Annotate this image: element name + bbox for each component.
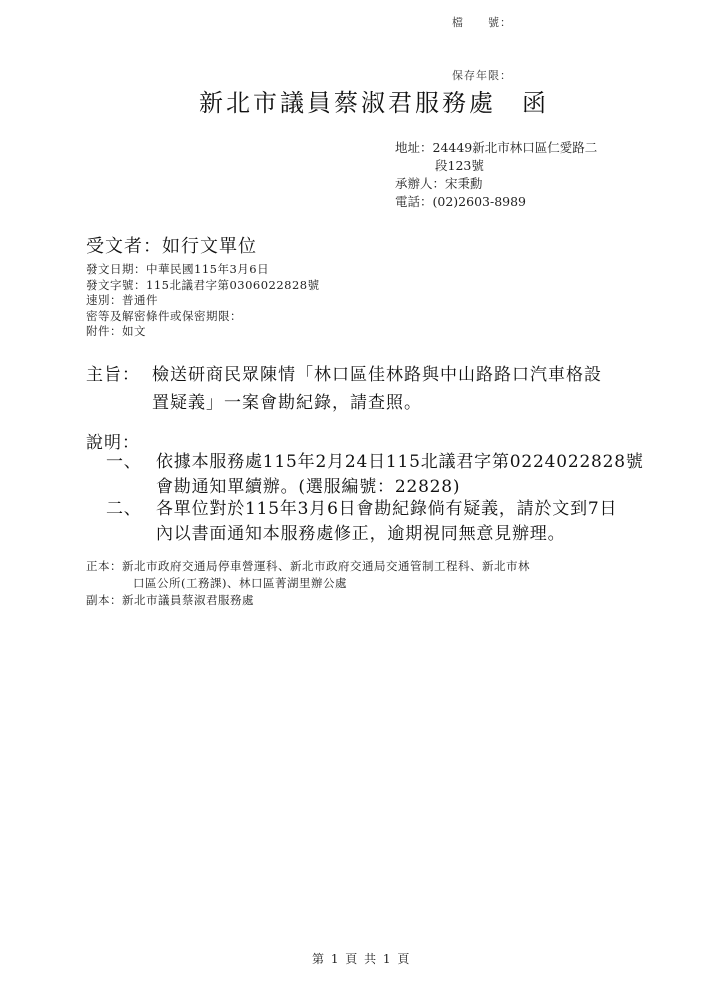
distribution: 正本：新北市政府交通局停車營運科、新北市政府交通局交通管制工程科、新北市林 口區… bbox=[86, 558, 530, 609]
contact-block: 地址：24449新北市林口區仁愛路二 段123號 承辦人：宋秉勳 電話：(02)… bbox=[395, 139, 597, 211]
handler: 承辦人：宋秉勳 bbox=[395, 175, 597, 193]
subject: 主旨：檢送研商民眾陳情「林口區佳林路與中山路路口汽車格設 置疑義」一案會勘紀錄，… bbox=[86, 361, 602, 417]
copy-recipients: 副本：新北市議員蔡淑君服務處 bbox=[86, 592, 530, 609]
item-number: 二、 bbox=[106, 497, 156, 522]
explanation-item-1: 一、依據本服務處115年2月24日115北議君字第0224022828號 會勘通… bbox=[106, 450, 644, 500]
delivery-type: 速別：普通件 bbox=[86, 293, 320, 309]
attachment: 附件：如文 bbox=[86, 324, 320, 340]
original-recipients-line-1: 正本：新北市政府交通局停車營運科、新北市政府交通局交通管制工程科、新北市林 bbox=[86, 558, 530, 575]
item-line-1: 各單位對於115年3月6日會勘紀錄倘有疑義，請於文到7日 bbox=[156, 499, 617, 519]
security-classification: 密等及解密條件或保密期限： bbox=[86, 309, 320, 325]
explanation-item-2: 二、各單位對於115年3月6日會勘紀錄倘有疑義，請於文到7日 內以書面通知本服務… bbox=[106, 497, 617, 547]
recipient: 受文者：如行文單位 bbox=[86, 232, 257, 258]
item-line-2: 內以書面通知本服務處修正，逾期視同無意見辦理。 bbox=[106, 522, 617, 547]
phone: 電話：(02)2603-8989 bbox=[395, 193, 597, 211]
item-line-1: 依據本服務處115年2月24日115北議君字第0224022828號 bbox=[156, 452, 644, 472]
document-number: 發文字號：115北議君字第0306022828號 bbox=[86, 278, 320, 294]
issue-date: 發文日期：中華民國115年3月6日 bbox=[86, 262, 320, 278]
address-line-1: 地址：24449新北市林口區仁愛路二 bbox=[395, 139, 597, 157]
original-recipients-line-2: 口區公所(工務課)、林口區菁湖里辦公處 bbox=[86, 575, 530, 592]
address-line-2: 段123號 bbox=[395, 157, 597, 175]
document-title: 新北市議員蔡淑君服務處函 bbox=[199, 83, 549, 118]
organization-name: 新北市議員蔡淑君服務處 bbox=[199, 89, 496, 117]
file-number-label: 檔 號： bbox=[452, 14, 512, 30]
subject-label: 主旨： bbox=[86, 361, 152, 389]
document-info: 發文日期：中華民國115年3月6日 發文字號：115北議君字第030602282… bbox=[86, 262, 320, 340]
document-type: 函 bbox=[522, 89, 549, 117]
subject-line-2: 置疑義」一案會勘紀錄，請查照。 bbox=[86, 389, 602, 417]
page-indicator: 第 1 頁 共 1 頁 bbox=[312, 950, 411, 967]
item-number: 一、 bbox=[106, 450, 156, 475]
retention-period-label: 保存年限： bbox=[452, 67, 512, 83]
subject-line-1: 檢送研商民眾陳情「林口區佳林路與中山路路口汽車格設 bbox=[152, 365, 602, 385]
